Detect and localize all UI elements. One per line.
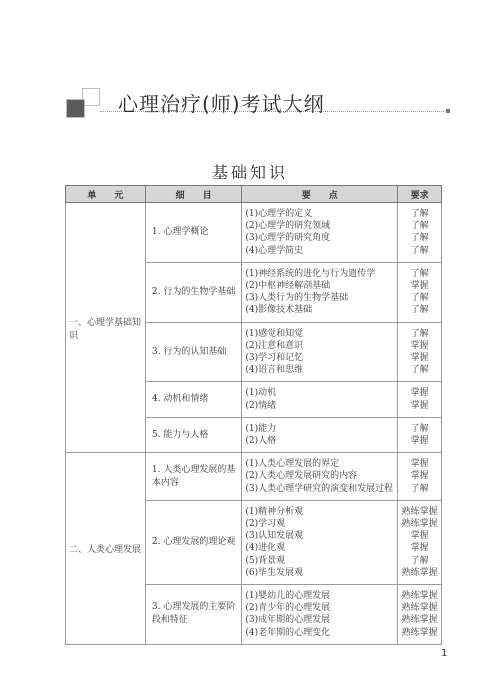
requirement-cell: 了解了解了解了解 <box>398 203 442 263</box>
point-text: (1)心理学的定义 <box>245 208 393 220</box>
rule-end-square-icon <box>446 109 450 113</box>
column-header-unit: 单 元 <box>66 186 146 203</box>
requirement-cell: 了解掌握掌握了解 <box>398 322 442 382</box>
point-text: (4)进化观 <box>245 542 393 554</box>
point-text: (2)青少年的心理发展 <box>245 602 393 614</box>
item-cell: 2. 行为的生物学基础 <box>145 262 242 322</box>
item-cell: 1. 人类心理发展的基本内容 <box>145 453 242 501</box>
item-cell: 5. 能力与人格 <box>145 417 242 452</box>
syllabus-table: 单 元 细 目 要 点 要求 一、心理学基础知识1. 心理学概论(1)心理学的定… <box>65 185 442 645</box>
column-header-points: 要 点 <box>242 186 398 203</box>
requirement-text: 熟练掌握 <box>398 602 441 614</box>
point-text: (2)注意和意识 <box>245 340 393 352</box>
points-cell: (1)婴幼儿的心理发展(2)青少年的心理发展(3)成年期的心理发展(4)老年期的… <box>242 585 398 645</box>
item-label: 3. 行为的认知基础 <box>152 346 238 359</box>
requirement-cell: 掌握掌握了解 <box>398 453 442 501</box>
point-text: (2)人格 <box>245 435 393 447</box>
table-header-row: 单 元 细 目 要 点 要求 <box>66 186 442 203</box>
points-cell: (1)感觉和知觉(2)注意和意识(3)学习和记忆(4)语言和思维 <box>242 322 398 382</box>
requirement-text: 了解 <box>398 555 441 567</box>
requirement-cell: 熟练掌握熟练掌握掌握掌握了解熟练掌握 <box>398 500 442 584</box>
requirement-text: 掌握 <box>398 470 441 482</box>
requirement-text: 了解 <box>398 245 441 257</box>
column-header-item: 细 目 <box>145 186 242 203</box>
points-cell: (1)能力(2)人格 <box>242 417 398 452</box>
point-text: (3)心理学的研究角度 <box>245 232 393 244</box>
requirement-text: 掌握 <box>398 387 441 399</box>
point-text: (1)人类心理发展的界定 <box>245 458 393 470</box>
requirement-text: 掌握 <box>398 400 441 412</box>
point-text: (4)影像技术基础 <box>245 304 393 316</box>
point-text: (6)毕生发展观 <box>245 567 393 579</box>
item-label: 1. 人类心理发展的基本内容 <box>152 464 238 490</box>
item-label: 1. 心理学概论 <box>152 226 238 239</box>
requirement-text: 了解 <box>398 364 441 376</box>
requirement-text: 了解 <box>398 220 441 232</box>
point-text: (2)心理学的研究领域 <box>245 220 393 232</box>
item-label: 2. 心理发展的理论观 <box>152 536 238 549</box>
requirement-text: 了解 <box>398 423 441 435</box>
requirement-text: 了解 <box>398 328 441 340</box>
point-text: (1)精神分析观 <box>245 506 393 518</box>
section-heading: 基础知识 <box>0 160 500 183</box>
requirement-text: 掌握 <box>398 435 441 447</box>
requirement-text: 了解 <box>398 232 441 244</box>
point-text: (2)情绪 <box>245 400 393 412</box>
point-text: (1)感觉和知觉 <box>245 328 393 340</box>
item-label: 4. 动机和情绪 <box>152 393 238 406</box>
points-cell: (1)动机(2)情绪 <box>242 382 398 417</box>
requirement-cell: 熟练掌握熟练掌握熟练掌握熟练掌握 <box>398 585 442 645</box>
requirement-cell: 掌握掌握 <box>398 382 442 417</box>
point-text: (3)学习和记忆 <box>245 352 393 364</box>
item-cell: 3. 行为的认知基础 <box>145 322 242 382</box>
point-text: (5)背景观 <box>245 555 393 567</box>
point-text: (4)语言和思维 <box>245 364 393 376</box>
page-title: 心理治疗(师)考试大纲 <box>118 88 325 117</box>
item-label: 2. 行为的生物学基础 <box>152 286 238 299</box>
requirement-text: 熟练掌握 <box>398 567 441 579</box>
requirement-text: 熟练掌握 <box>398 614 441 626</box>
point-text: (1)神经系统的进化与行为遗传学 <box>245 268 393 280</box>
requirement-text: 掌握 <box>398 352 441 364</box>
point-text: (2)中枢神经解剖基础 <box>245 280 393 292</box>
item-cell: 3. 心理发展的主要阶段和特征 <box>145 585 242 645</box>
requirement-text: 了解 <box>398 268 441 280</box>
filled-square-icon <box>66 99 85 118</box>
table-body: 一、心理学基础知识1. 心理学概论(1)心理学的定义(2)心理学的研究领域(3)… <box>66 203 442 645</box>
requirement-cell: 了解掌握 <box>398 417 442 452</box>
column-header-requirement: 要求 <box>398 186 442 203</box>
item-cell: 2. 心理发展的理论观 <box>145 500 242 584</box>
point-text: (2)学习观 <box>245 518 393 530</box>
requirement-text: 熟练掌握 <box>398 627 441 639</box>
point-text: (4)老年期的心理变化 <box>245 627 393 639</box>
points-cell: (1)人类心理发展的界定(2)人类心理发展研究的内容(3)人类心理学研究的演变和… <box>242 453 398 501</box>
item-cell: 1. 心理学概论 <box>145 203 242 263</box>
page-number: 1 <box>441 648 447 659</box>
points-cell: (1)精神分析观(2)学习观(3)认知发展观(4)进化观(5)背景观(6)毕生发… <box>242 500 398 584</box>
title-block: 心理治疗(师)考试大纲 <box>66 88 450 122</box>
point-text: (1)婴幼儿的心理发展 <box>245 590 393 602</box>
point-text: (4)心理学简史 <box>245 245 393 257</box>
unit-cell: 二、人类心理发展 <box>66 453 146 645</box>
requirement-text: 了解 <box>398 483 441 495</box>
requirement-text: 掌握 <box>398 458 441 470</box>
unit-cell: 一、心理学基础知识 <box>66 203 146 453</box>
point-text: (3)成年期的心理发展 <box>245 614 393 626</box>
point-text: (3)人类心理学研究的演变和发展过程 <box>245 483 393 495</box>
requirement-text: 掌握 <box>398 542 441 554</box>
table-row: 一、心理学基础知识1. 心理学概论(1)心理学的定义(2)心理学的研究领域(3)… <box>66 203 442 263</box>
point-text: (3)认知发展观 <box>245 530 393 542</box>
points-cell: (1)心理学的定义(2)心理学的研究领域(3)心理学的研究角度(4)心理学简史 <box>242 203 398 263</box>
point-text: (2)人类心理发展研究的内容 <box>245 470 393 482</box>
requirement-text: 掌握 <box>398 340 441 352</box>
points-cell: (1)神经系统的进化与行为遗传学(2)中枢神经解剖基础(3)人类行为的生物学基础… <box>242 262 398 322</box>
requirement-text: 熟练掌握 <box>398 518 441 530</box>
requirement-cell: 了解掌握了解了解 <box>398 262 442 322</box>
table-row: 二、人类心理发展1. 人类心理发展的基本内容(1)人类心理发展的界定(2)人类心… <box>66 453 442 501</box>
point-text: (1)动机 <box>245 387 393 399</box>
requirement-text: 掌握 <box>398 530 441 542</box>
point-text: (3)人类行为的生物学基础 <box>245 292 393 304</box>
requirement-text: 熟练掌握 <box>398 506 441 518</box>
item-cell: 4. 动机和情绪 <box>145 382 242 417</box>
item-label: 3. 心理发展的主要阶段和特征 <box>152 601 238 627</box>
requirement-text: 了解 <box>398 304 441 316</box>
point-text: (1)能力 <box>245 423 393 435</box>
requirement-text: 了解 <box>398 208 441 220</box>
requirement-text: 掌握 <box>398 280 441 292</box>
item-label: 5. 能力与人格 <box>152 429 238 442</box>
requirement-text: 了解 <box>398 292 441 304</box>
requirement-text: 熟练掌握 <box>398 590 441 602</box>
